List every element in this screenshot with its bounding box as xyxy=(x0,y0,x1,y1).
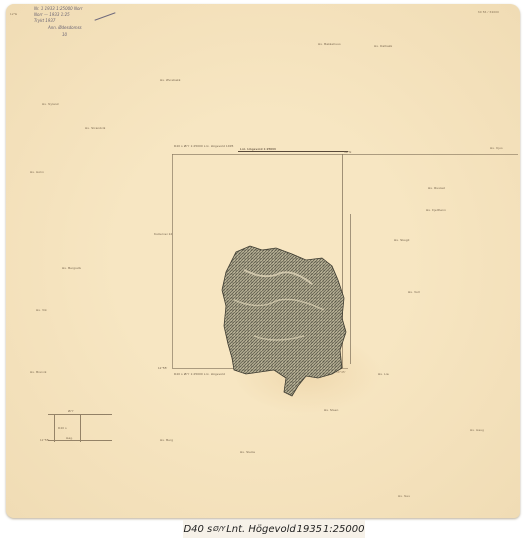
place-label: Hs. Vik xyxy=(36,308,47,312)
frame-top-label: D40 s Ø/Y 1:25000 Lnt. Högevold 1935 xyxy=(174,144,234,148)
caption-name: Lnt. Högevold xyxy=(226,524,296,535)
place-label: Hs. Bakkehuus xyxy=(318,42,341,46)
frame-top xyxy=(172,154,518,155)
caption-sheet-code: D40 s xyxy=(183,524,212,535)
place-label: Hs. Øvrebakk xyxy=(160,78,181,82)
frame-left-label: Kuttervei 12 xyxy=(154,232,172,236)
place-label: Hs. Strandvik xyxy=(85,126,105,130)
handwritten-stroke xyxy=(94,12,115,20)
handwritten-note-2: Norr — 1933 1:25 xyxy=(34,12,70,17)
corner-label-tr: 59°N xyxy=(344,150,352,154)
frame-top-center: Lnt. Högevold 1:25000 xyxy=(240,147,276,151)
caption-year: 1935 xyxy=(297,524,322,535)
vertical-road xyxy=(350,214,351,364)
handwritten-note-1: Nr. 1 1933 1:25000 Norr xyxy=(34,6,83,11)
place-label: Hs. Breivik xyxy=(30,370,47,374)
sheet-caption: D40 s Ø/Y Lnt. Högevold 1935 1:25000 xyxy=(183,520,365,538)
place-label: Hs. Berg xyxy=(160,438,173,442)
frame-left xyxy=(172,154,173,368)
place-label: Hs. Rustad xyxy=(428,186,445,190)
caption-scale: 1:25000 xyxy=(323,524,365,535)
map-sheet: Nr. 1 1933 1:25000 Norr Norr — 1933 1:25… xyxy=(6,4,520,518)
place-label: Hs. Kjos xyxy=(490,146,503,150)
place-label: Hs. Nes xyxy=(398,494,410,498)
caption-sub-code: Ø/Y xyxy=(213,525,225,533)
frame-top-dark xyxy=(238,151,348,152)
place-label: Hs. Skogli xyxy=(394,238,410,242)
place-label: Hs. Bergsvik xyxy=(62,266,81,270)
handwritten-note-4: Ann. Ødesdomss xyxy=(48,25,82,30)
place-label: Hs. Moen xyxy=(324,408,338,412)
place-label: Hs. Fjellheim xyxy=(426,208,446,212)
handwritten-note-3: Trykt 1937 xyxy=(34,18,55,23)
place-label: Hs. Voll xyxy=(408,290,420,294)
place-label: Hs. Holm xyxy=(30,170,44,174)
handwritten-note-5: 10 xyxy=(62,32,67,37)
index-diagram: Ø/Y D40 s 11°55' Høg. xyxy=(40,408,112,442)
place-label: Hs. Dalbakk xyxy=(374,44,392,48)
place-label: Hs. Sletta xyxy=(240,450,255,454)
place-label: Hs. Haug xyxy=(470,428,484,432)
corner-label-tl: 12°E xyxy=(10,12,17,16)
place-label: Hs. Nyland xyxy=(42,102,59,106)
corner-label-bl: 11°55' xyxy=(158,366,167,370)
place-label: Hs. Lia xyxy=(378,372,389,376)
place-label: 60 56 / 63000 xyxy=(478,10,499,14)
terrain-map xyxy=(214,240,364,400)
